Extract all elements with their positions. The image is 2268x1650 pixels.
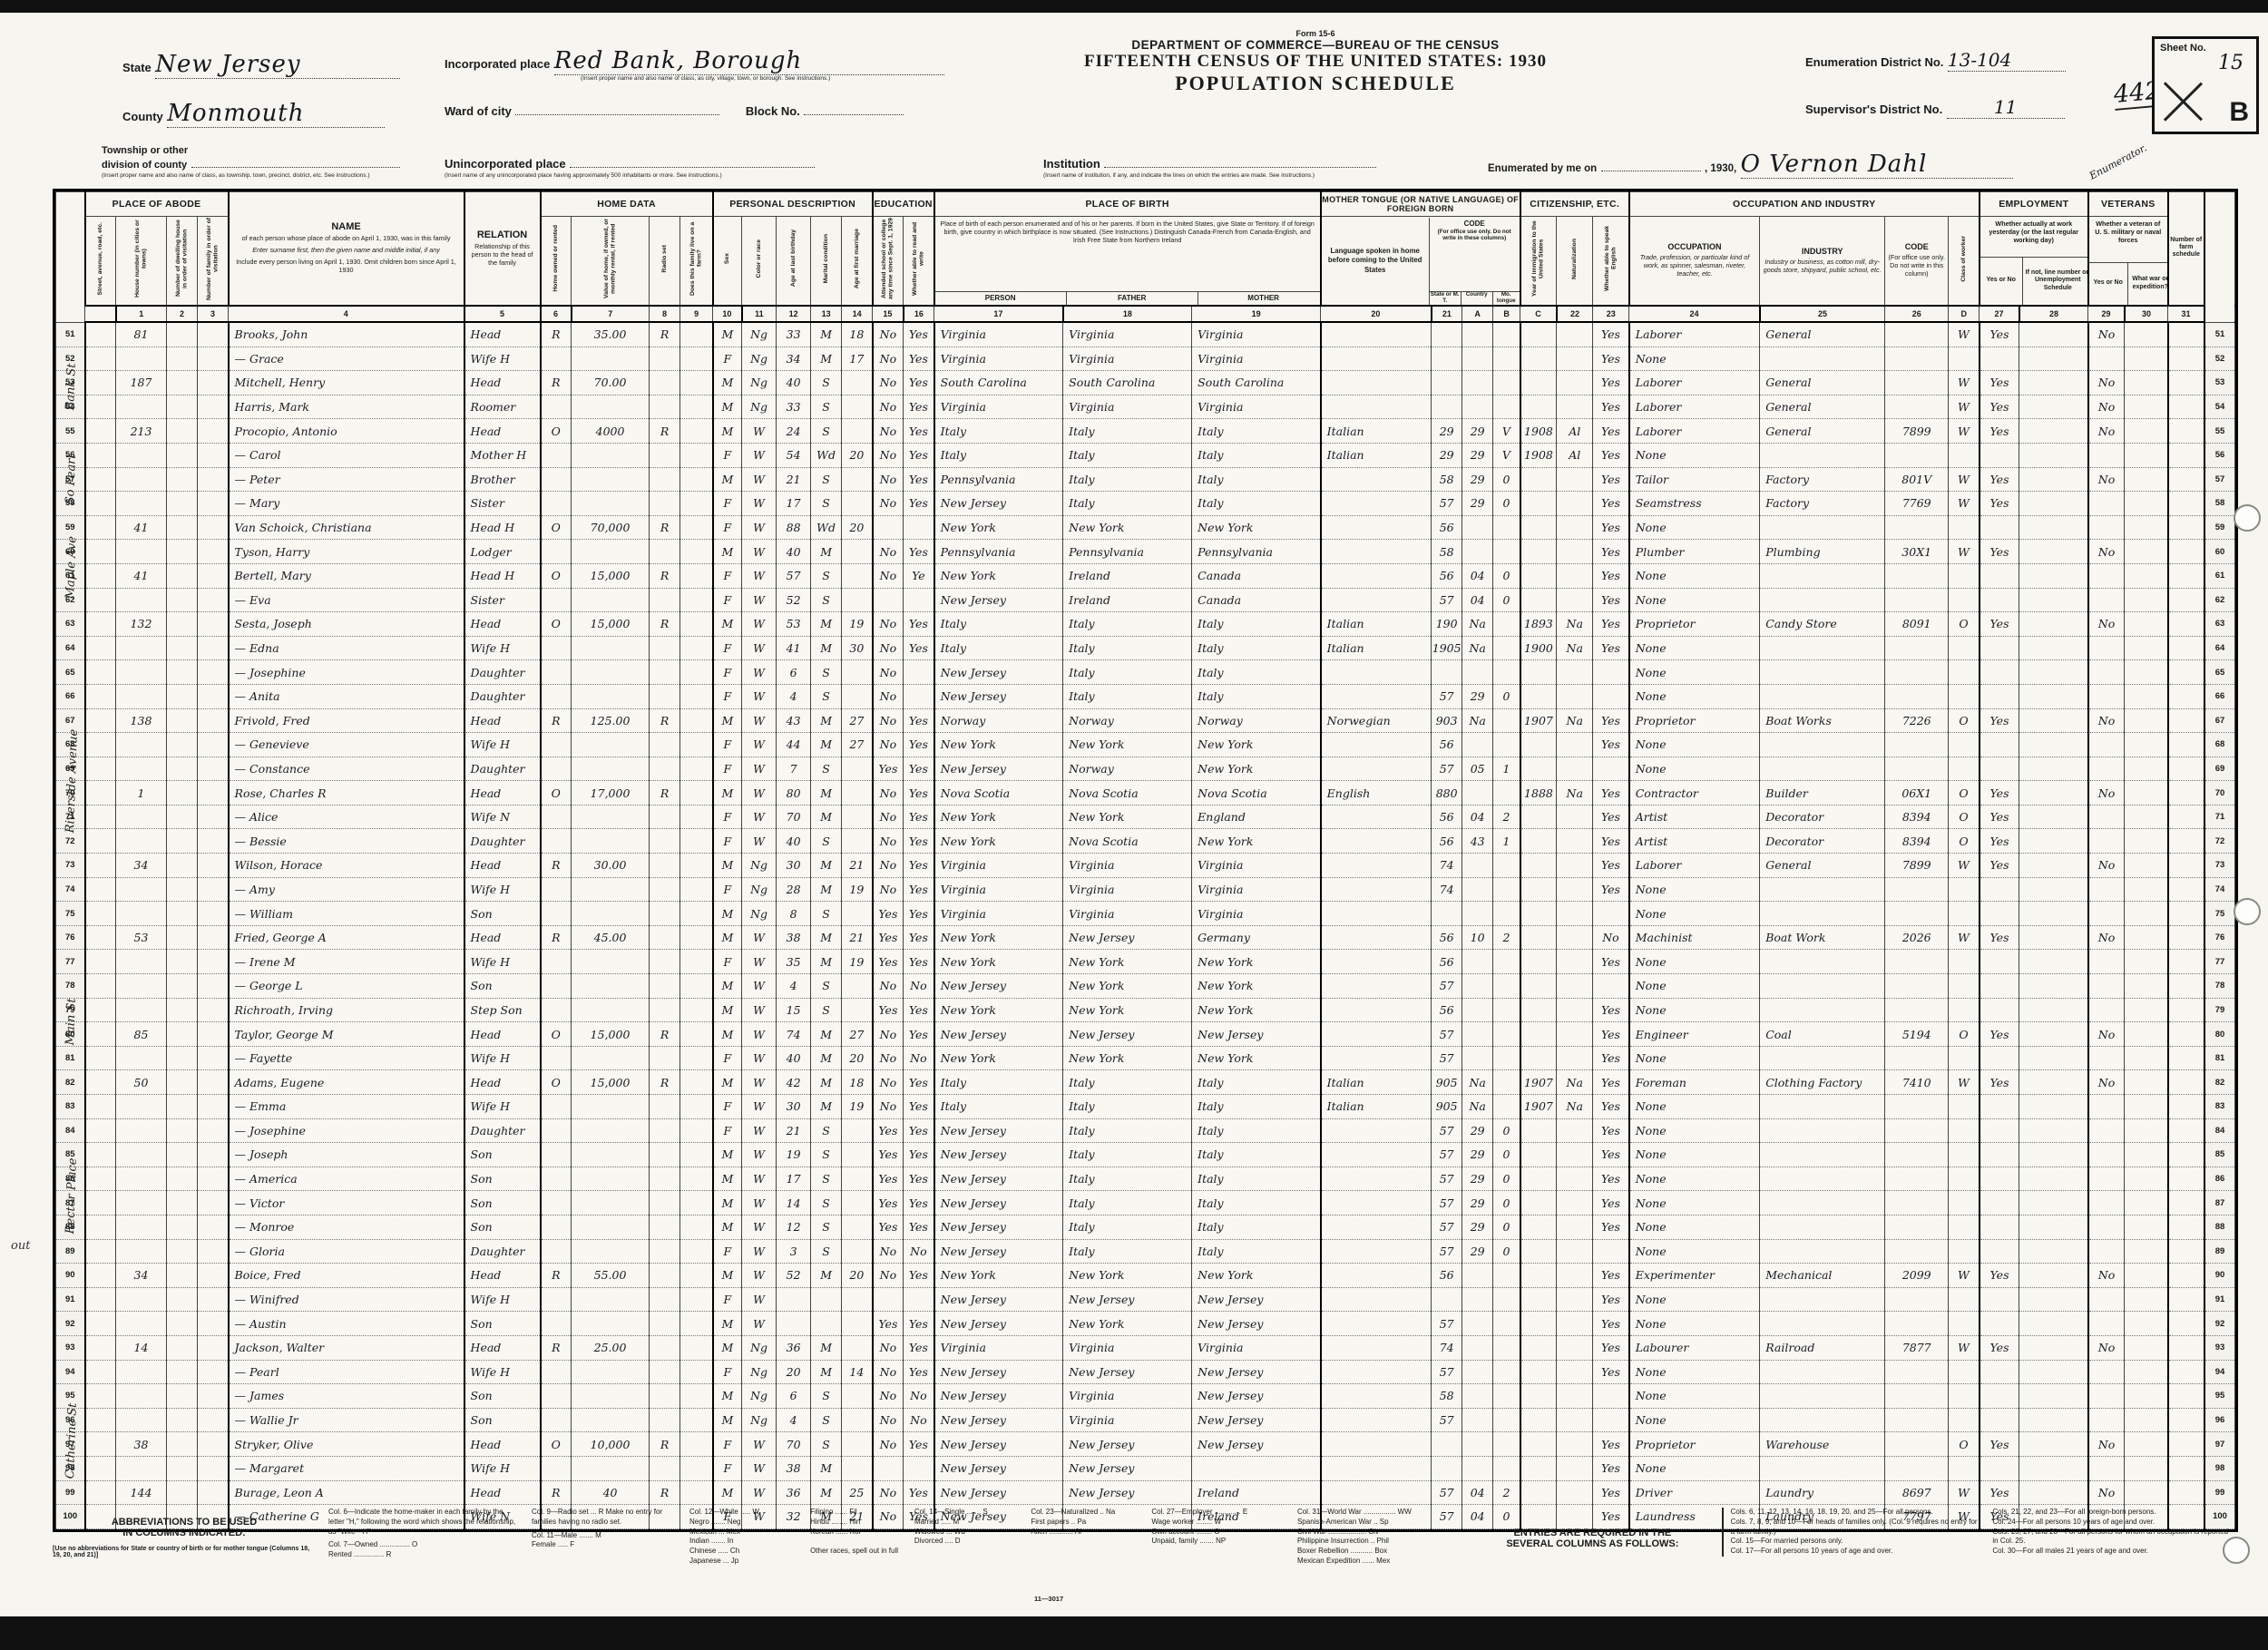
cell: Virginia [1063,322,1192,347]
cell: Head [464,1432,541,1457]
cell [85,443,116,467]
cell: M [713,1480,742,1505]
cell: Yes [1593,708,1629,733]
cell: 29 [1462,1239,1493,1264]
cell: 75 [2204,902,2235,926]
cell: Roomer [464,395,541,419]
cell: Yes [1593,540,1629,564]
cell [1557,492,1593,516]
cell [842,588,873,612]
cell: 30X1 [1885,540,1949,564]
cell: 7899 [1885,419,1949,444]
cell: Head [464,612,541,637]
cell: New York [1063,1264,1192,1288]
cell [1885,1408,1949,1432]
cell [1949,974,1980,999]
cell: Van Schoick, Christiana [229,515,464,540]
cell [198,1215,229,1239]
cell [116,733,167,757]
cell [1321,1432,1432,1457]
cell: S [811,395,842,419]
cell [1192,1456,1321,1480]
cell: None [1629,1215,1760,1239]
cell [680,1408,713,1432]
cell [2088,974,2125,999]
cell [1321,925,1432,950]
cell [2088,515,2125,540]
cell: Yes [904,1143,934,1167]
cell: New York [934,733,1063,757]
cell [811,1312,842,1336]
cell [1949,1360,1980,1384]
cell [1760,1046,1885,1070]
cell: Yes [904,829,934,854]
cell [1557,395,1593,419]
cell: 76 [56,925,85,950]
cell: Na [1462,1095,1493,1119]
cell: M [713,1384,742,1409]
cell: 51 [56,322,85,347]
cell: M [811,1070,842,1095]
cell: 1908 [1520,419,1557,444]
cell: Italy [934,636,1063,660]
cell: 57 [1432,974,1462,999]
cell [1593,1408,1629,1432]
cell: M [811,1456,842,1480]
cell [680,1095,713,1119]
cell: R [541,708,572,733]
county-label: County [122,110,163,123]
cell [650,1335,680,1360]
cell: Norway [934,708,1063,733]
cell: 70 [2204,781,2235,805]
cell: 57 [1432,1480,1462,1505]
cell [2088,1408,2125,1432]
cell: New York [1063,998,1192,1022]
cell [167,515,198,540]
cell: — Winifred [229,1287,464,1312]
cell: F [713,1287,742,1312]
cell [1557,563,1593,588]
cell: Yes [1593,1335,1629,1360]
cell [198,757,229,781]
cell: New Jersey [1192,1022,1321,1047]
cell [1949,757,1980,781]
cell [85,1191,116,1216]
cell [650,443,680,467]
cell [2125,492,2168,516]
cell [116,1143,167,1167]
cell [2019,563,2088,588]
cell [904,1287,934,1312]
cell: No [2088,395,2125,419]
col-number: 10 [713,306,742,322]
cell: 91 [2204,1287,2235,1312]
cell: Plumber [1629,540,1760,564]
cell: M [713,395,742,419]
col-number: 14 [842,306,873,322]
cell: New Jersey [934,1215,1063,1239]
cell [541,1046,572,1070]
cell [2019,950,2088,974]
cell: Virginia [1192,395,1321,419]
cell: 24 [777,419,811,444]
cell: None [1629,1456,1760,1480]
cell [904,588,934,612]
cell: New York [1192,974,1321,999]
cell: Yes [1593,1143,1629,1167]
cell [1462,998,1493,1022]
cell [2019,1264,2088,1288]
cell [2168,925,2204,950]
col-number: 31 [2168,306,2204,322]
cell [1321,1022,1432,1047]
cell: New Jersey [934,1239,1063,1264]
cell: 27 [842,1022,873,1047]
cell: 57 [1432,1312,1462,1336]
cell: — Josephine [229,660,464,685]
cell: Yes [904,1118,934,1143]
cell: S [811,1143,842,1167]
cell: 34 [777,347,811,371]
cell [680,1312,713,1336]
cell [1493,612,1520,637]
census-table-body: 5181Brooks, JohnHeadR35.00RMNg33M18NoYes… [56,322,2235,1528]
cell [2168,660,2204,685]
table-row: 71— AliceWife NFW70MNoYesNew YorkNew Yor… [56,805,2235,829]
cell [1520,1312,1557,1336]
cell [2019,612,2088,637]
enumeration-district-label: Enumeration District No. [1805,55,1943,69]
cell [2125,1022,2168,1047]
cell [650,1456,680,1480]
cell [680,1480,713,1505]
cell: 74 [56,877,85,902]
cell [1557,1432,1593,1457]
cell [116,540,167,564]
cell: 4 [777,974,811,999]
cell: 06X1 [1885,781,1949,805]
cell: S [811,757,842,781]
cell: 905 [1432,1070,1462,1095]
cell [650,925,680,950]
cell: 56 [1432,829,1462,854]
cell: Yes [904,371,934,395]
cell [1885,1167,1949,1191]
cell: — Pearl [229,1360,464,1384]
table-row: 96— Wallie JrSonMNg4SNoNoNew JerseyVirgi… [56,1408,2235,1432]
cell [1432,371,1462,395]
cell [2088,492,2125,516]
cell [541,998,572,1022]
cell: 80 [2204,1022,2235,1047]
cell: New York [1063,805,1192,829]
cell [1493,781,1520,805]
table-row: 91— WinifredWife HFWNew JerseyNew Jersey… [56,1287,2235,1312]
cell: Virginia [1063,1384,1192,1409]
table-row: 9738Stryker, OliveHeadO10,000RFW70SNoYes… [56,1432,2235,1457]
cell: 8394 [1885,805,1949,829]
cell: Na [1557,1095,1593,1119]
cell: M [713,540,742,564]
cell [1980,1384,2019,1409]
cell [167,950,198,974]
cell: 58 [2204,492,2235,516]
cell [1493,1022,1520,1047]
cell [167,347,198,371]
col-radio-header: Radio set [650,217,680,307]
cell: Yes [904,467,934,492]
cell [167,1215,198,1239]
cell: Nova Scotia [934,781,1063,805]
cell: 57 [1432,1408,1462,1432]
cell [1557,1215,1593,1239]
cell: New York [1192,757,1321,781]
cell [116,1095,167,1119]
cell [167,877,198,902]
cell: Yes [1593,443,1629,467]
cell [1949,636,1980,660]
cell: Yes [873,1215,904,1239]
cell [541,974,572,999]
cell [1557,1456,1593,1480]
cell: 93 [2204,1335,2235,1360]
cell: O [541,612,572,637]
cell: Yes [1980,322,2019,347]
cell [167,660,198,685]
cell [2125,1143,2168,1167]
cell: 29 [1462,492,1493,516]
cell [1885,733,1949,757]
cell [1885,1384,1949,1409]
cell: 90 [2204,1264,2235,1288]
cell: Son [464,1312,541,1336]
cell: 30 [777,854,811,878]
cell: W [742,1432,777,1457]
cell [2125,1191,2168,1216]
cell: 41 [777,636,811,660]
cell [1462,902,1493,926]
cell [842,1191,873,1216]
cell [2168,1408,2204,1432]
cell [1520,684,1557,708]
cell: 78 [2204,974,2235,999]
cell: 34 [116,1264,167,1288]
cell [1493,660,1520,685]
cell: 38 [116,1432,167,1457]
cell: Yes [1593,371,1629,395]
cell: Italy [1192,467,1321,492]
cell: 57 [1432,588,1462,612]
cell [842,1287,873,1312]
cell [198,371,229,395]
cell: F [713,1360,742,1384]
cell [1493,902,1520,926]
cell: Yes [904,1360,934,1384]
cell: Yes [904,322,934,347]
cell [116,805,167,829]
cell: W [1949,1335,1980,1360]
cell [1557,1408,1593,1432]
cell [85,1118,116,1143]
cell [572,1118,650,1143]
cell: Yes [1980,1335,2019,1360]
cell [1760,1312,1885,1336]
cell [1520,515,1557,540]
cell: 36 [777,1480,811,1505]
cell [1432,347,1462,371]
cell [1557,1046,1593,1070]
cell [198,1191,229,1216]
cell [1980,1118,2019,1143]
cell [1520,877,1557,902]
cell: New Jersey [1063,1022,1192,1047]
cell: No [904,1046,934,1070]
cell [1493,540,1520,564]
county-value: Monmouth [167,100,304,127]
cell [1760,974,1885,999]
county-line: County Monmouth [122,100,385,128]
unincorporated-label: Unincorporated place [445,157,566,171]
cell: 55 [2204,419,2235,444]
cell: Italy [1192,1215,1321,1239]
cell [2088,1384,2125,1409]
cell [1885,1095,1949,1119]
cell [2019,1408,2088,1432]
cell [1493,1335,1520,1360]
cell [572,347,650,371]
cell [2168,829,2204,854]
cell: V [1493,443,1520,467]
cell [904,515,934,540]
cell [198,805,229,829]
col-farm-schedule-header: Number of farm schedule [2168,192,2204,307]
cell [1493,877,1520,902]
cell [2168,492,2204,516]
cell [116,902,167,926]
table-row: 67138Frivold, FredHeadR125.00RMW43M27NoY… [56,708,2235,733]
cell: South Carolina [1192,371,1321,395]
cell: No [2088,781,2125,805]
line-number-header-left [56,192,85,323]
cell [2125,1239,2168,1264]
cell [198,1022,229,1047]
cell [2088,636,2125,660]
cell [572,757,650,781]
cell [1557,1022,1593,1047]
cell [2088,1287,2125,1312]
cell [541,636,572,660]
cell: New York [934,950,1063,974]
cell [1760,684,1885,708]
cell: No [873,540,904,564]
cell [842,540,873,564]
cell [842,1384,873,1409]
cell [2168,1239,2204,1264]
cell [650,1143,680,1167]
cell: None [1629,1046,1760,1070]
state-line: State New Jersey [122,51,400,79]
cell [1980,902,2019,926]
cell: 96 [2204,1408,2235,1432]
cell [1557,347,1593,371]
cell [1432,1432,1462,1457]
enumerator-signature: O Vernon Dahl [1741,151,1928,178]
cell [650,371,680,395]
cell [167,540,198,564]
cell [2088,684,2125,708]
cell: Italian [1321,612,1432,637]
cell [198,1456,229,1480]
cell: Wife H [464,1360,541,1384]
cell: Na [1462,708,1493,733]
cell: Ng [742,902,777,926]
cell [198,395,229,419]
cell [116,1191,167,1216]
cell: Ireland [1063,588,1192,612]
cell [572,660,650,685]
cell: M [713,998,742,1022]
col-employment-header: Whether actually at work yesterday (or t… [1980,217,2088,307]
col-number: 9 [680,306,713,322]
cell: 57 [1432,684,1462,708]
cell: Italy [1192,1095,1321,1119]
cell: — Edna [229,636,464,660]
cell [2168,395,2204,419]
cell: Pennsylvania [934,467,1063,492]
cell: 92 [2204,1312,2235,1336]
cell [167,974,198,999]
cell: M [713,781,742,805]
form-number: Form 15-6 [962,29,1669,38]
scan-edge-bottom [0,1616,2268,1650]
cell [1321,1312,1432,1336]
cell [572,733,650,757]
cell: Yes [1593,1215,1629,1239]
cell: O [1949,708,1980,733]
cell [2019,515,2088,540]
cell: None [1629,757,1760,781]
cell [1760,1408,1885,1432]
cell: New York [1192,950,1321,974]
cell: 42 [777,1070,811,1095]
cell: 04 [1462,588,1493,612]
cell [680,733,713,757]
cell: Ng [742,854,777,878]
cell: 0 [1493,1167,1520,1191]
cell: 70,000 [572,515,650,540]
cell: Laborer [1629,854,1760,878]
cell: M [713,1215,742,1239]
col-number: 21 [1432,306,1462,322]
cell [1557,902,1593,926]
cell [650,660,680,685]
cell: W [742,757,777,781]
cell [2019,636,2088,660]
cell [650,1118,680,1143]
cell: 63 [56,612,85,637]
cell [2019,829,2088,854]
cell: Daughter [464,684,541,708]
cell: 89 [2204,1239,2235,1264]
table-row: 69— ConstanceDaughterFW7SYesYesNew Jerse… [56,757,2235,781]
table-row: 88— MonroeSonMW12SYesYesNew JerseyItalyI… [56,1215,2235,1239]
cell: 75 [56,902,85,926]
cell [1760,1287,1885,1312]
cell [2125,467,2168,492]
cell: 91 [56,1287,85,1312]
cell [1462,1384,1493,1409]
